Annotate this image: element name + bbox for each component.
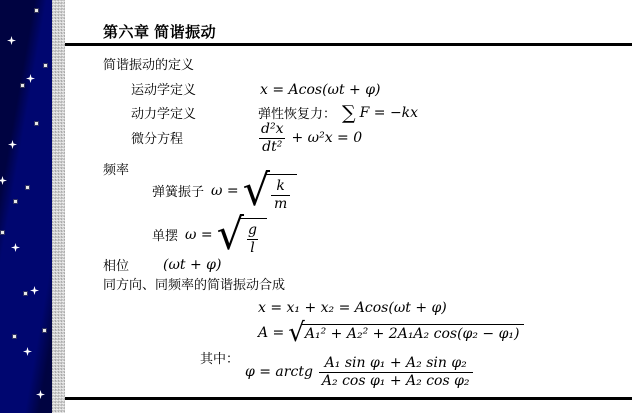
- composition-amplitude-formula: A = √ A₁² + A₂² + 2A₁A₂ cos(φ₂ − φ₁): [258, 320, 524, 346]
- star-icon: [11, 243, 20, 252]
- star-dot-icon: [13, 335, 16, 338]
- differential-numerator: d²x: [258, 122, 286, 138]
- star-icon: [23, 347, 32, 356]
- kinematic-label: 运动学定义: [131, 82, 196, 97]
- title-rule: [65, 43, 632, 46]
- differential-rest: + ω²x = 0: [291, 130, 362, 146]
- phase-formula: (ωt + φ): [163, 257, 221, 273]
- star-dot-icon: [21, 84, 24, 87]
- where-label: 其中：: [200, 351, 239, 366]
- definition-heading: 简谐振动的定义: [103, 57, 194, 72]
- amplitude-lhs: A =: [258, 325, 284, 341]
- pendulum-row: 单摆 ω = √ g l: [152, 216, 267, 254]
- differential-denominator: dt²: [259, 138, 285, 155]
- star-dot-icon: [35, 9, 38, 12]
- spring-oscillator-label: 弹簧振子: [152, 184, 204, 199]
- footer-rule: [65, 397, 632, 400]
- slide: 第六章 简谐振动 简谐振动的定义 运动学定义 x = Acos(ωt + φ) …: [0, 0, 640, 413]
- kinematic-formula: x = Acos(ωt + φ): [260, 82, 381, 98]
- amplitude-radical: √ A₁² + A₂² + 2A₁A₂ cos(φ₂ − φ₁): [288, 322, 524, 345]
- phi-formula: φ = arctg A₁ sin φ₁ + A₂ sin φ₂ A₂ cos φ…: [245, 354, 473, 390]
- star-icon: [26, 74, 35, 83]
- phi-fraction: A₁ sin φ₁ + A₂ sin φ₂ A₂ cos φ₁ + A₂ cos…: [319, 356, 473, 388]
- star-dot-icon: [44, 64, 47, 67]
- star-dot-icon: [35, 122, 38, 125]
- differential-label: 微分方程: [131, 131, 183, 146]
- star-dot-icon: [43, 329, 46, 332]
- spring-radical: √ k m: [243, 171, 298, 211]
- star-dot-icon: [14, 200, 17, 203]
- restoring-force-equation: F = −kx: [360, 105, 418, 121]
- spring-fraction: k m: [271, 179, 290, 211]
- dynamic-label: 动力学定义: [131, 106, 196, 121]
- star-icon: [36, 390, 45, 399]
- star-dot-icon: [26, 186, 29, 189]
- composition-heading: 同方向、同频率的简谐振动合成: [103, 277, 285, 292]
- pendulum-label: 单摆: [152, 228, 178, 243]
- pendulum-fraction: g l: [245, 223, 260, 255]
- amplitude-radicand: A₁² + A₂² + 2A₁A₂ cos(φ₂ − φ₁): [302, 324, 525, 342]
- pendulum-radical: √ g l: [217, 215, 267, 255]
- frequency-heading: 频率: [103, 162, 129, 177]
- phi-denominator: A₂ cos φ₁ + A₂ cos φ₂: [319, 372, 473, 389]
- phi-numerator: A₁ sin φ₁ + A₂ sin φ₂: [322, 356, 470, 372]
- star-icon: [30, 286, 39, 295]
- star-dot-icon: [24, 292, 27, 295]
- spring-denominator: m: [271, 195, 290, 212]
- spring-omega-lhs: ω =: [211, 183, 239, 199]
- sidebar-texture-strip: [52, 0, 65, 413]
- spring-numerator: k: [273, 179, 287, 195]
- spring-oscillator-row: 弹簧振子 ω = √ k m: [152, 172, 297, 210]
- differential-equation: d²x dt² + ω²x = 0: [258, 119, 362, 157]
- differential-fraction: d²x dt²: [258, 122, 286, 154]
- pendulum-omega-lhs: ω =: [185, 227, 213, 243]
- phi-lhs: φ = arctg: [245, 364, 313, 380]
- chapter-title: 第六章 简谐振动: [103, 24, 216, 41]
- star-dot-icon: [1, 231, 4, 234]
- star-icon: [7, 36, 16, 45]
- star-icon: [8, 140, 17, 149]
- pendulum-numerator: g: [245, 223, 260, 239]
- phase-label: 相位: [103, 258, 129, 273]
- starfield-sidebar: [0, 0, 52, 413]
- pendulum-denominator: l: [247, 239, 257, 256]
- star-icon: [0, 176, 7, 185]
- composition-x-formula: x = x₁ + x₂ = Acos(ωt + φ): [258, 300, 447, 316]
